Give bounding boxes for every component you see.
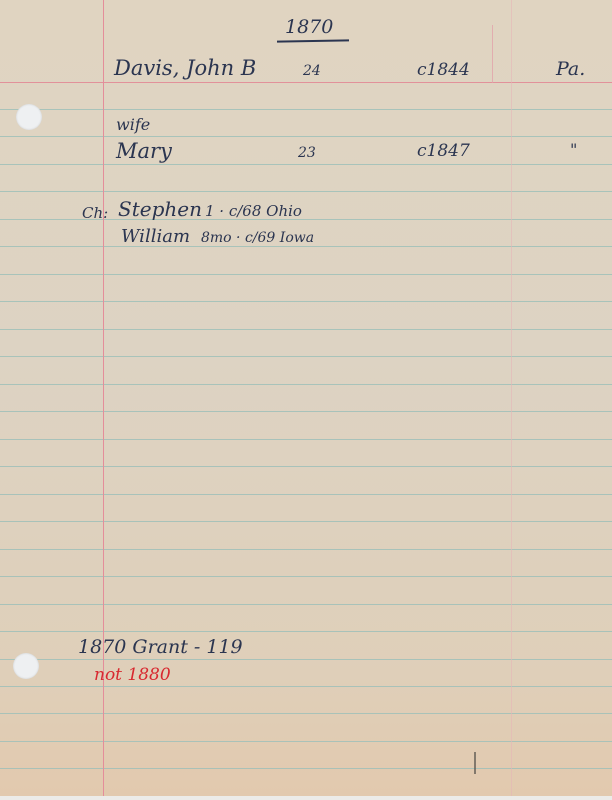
- child-detail: 1 · c/68 Ohio: [205, 204, 302, 219]
- scan-bottom-edge: [0, 796, 612, 800]
- hole-punch-bottom: [13, 653, 39, 679]
- hole-punch-top: [16, 104, 42, 130]
- ruled-line: [0, 274, 612, 275]
- ruled-line: [0, 466, 612, 467]
- child-name: Stephen: [118, 199, 202, 219]
- spouse-birthplace-ditto: ": [570, 142, 577, 158]
- children-label: Ch:: [82, 206, 108, 221]
- child-detail: 8mo · c/69 Iowa: [201, 231, 314, 245]
- head-of-household-birth-year: c1844: [417, 62, 470, 79]
- ruled-line: [0, 136, 612, 137]
- relation-label: wife: [116, 117, 150, 133]
- ruled-line: [0, 191, 612, 192]
- red-correction-note: not 1880: [94, 667, 171, 684]
- ruled-line: [0, 604, 612, 605]
- ruled-line: [0, 631, 612, 632]
- head-of-household-name: Davis, John B: [114, 58, 256, 79]
- spouse-birth-year: c1847: [417, 143, 470, 160]
- ruled-line: [0, 713, 612, 714]
- spouse-age: 23: [298, 146, 316, 160]
- ruled-line: [0, 741, 612, 742]
- ruled-line: [0, 494, 612, 495]
- ruled-line: [0, 384, 612, 385]
- top-margin-red-line: [0, 82, 612, 83]
- head-of-household-birthplace: Pa.: [556, 60, 585, 79]
- ruled-paper-page: 1870 Davis, John B 24 c1844 Pa. wife Mar…: [0, 0, 612, 796]
- head-of-household-age: 24: [303, 64, 321, 78]
- ruled-line: [0, 411, 612, 412]
- ruled-line: [0, 576, 612, 577]
- ruled-line: [0, 329, 612, 330]
- pencil-mark: [474, 752, 476, 774]
- ruled-line: [0, 356, 612, 357]
- title-underline: [277, 39, 349, 42]
- ruled-line: [0, 686, 612, 687]
- ruled-line: [0, 549, 612, 550]
- ruled-line: [0, 246, 612, 247]
- right-faint-margin-line: [511, 0, 512, 796]
- census-reference-note: 1870 Grant - 119: [78, 638, 243, 657]
- child-name: William: [121, 228, 190, 246]
- ruled-line: [0, 659, 612, 660]
- ruled-line: [0, 109, 612, 110]
- ruled-line: [0, 439, 612, 440]
- ruled-line: [0, 164, 612, 165]
- spouse-name: Mary: [116, 141, 172, 162]
- header-red-tick: [492, 25, 493, 83]
- ruled-line: [0, 301, 612, 302]
- ruled-line: [0, 768, 612, 769]
- ruled-line: [0, 521, 612, 522]
- page-title-year: 1870: [285, 18, 333, 37]
